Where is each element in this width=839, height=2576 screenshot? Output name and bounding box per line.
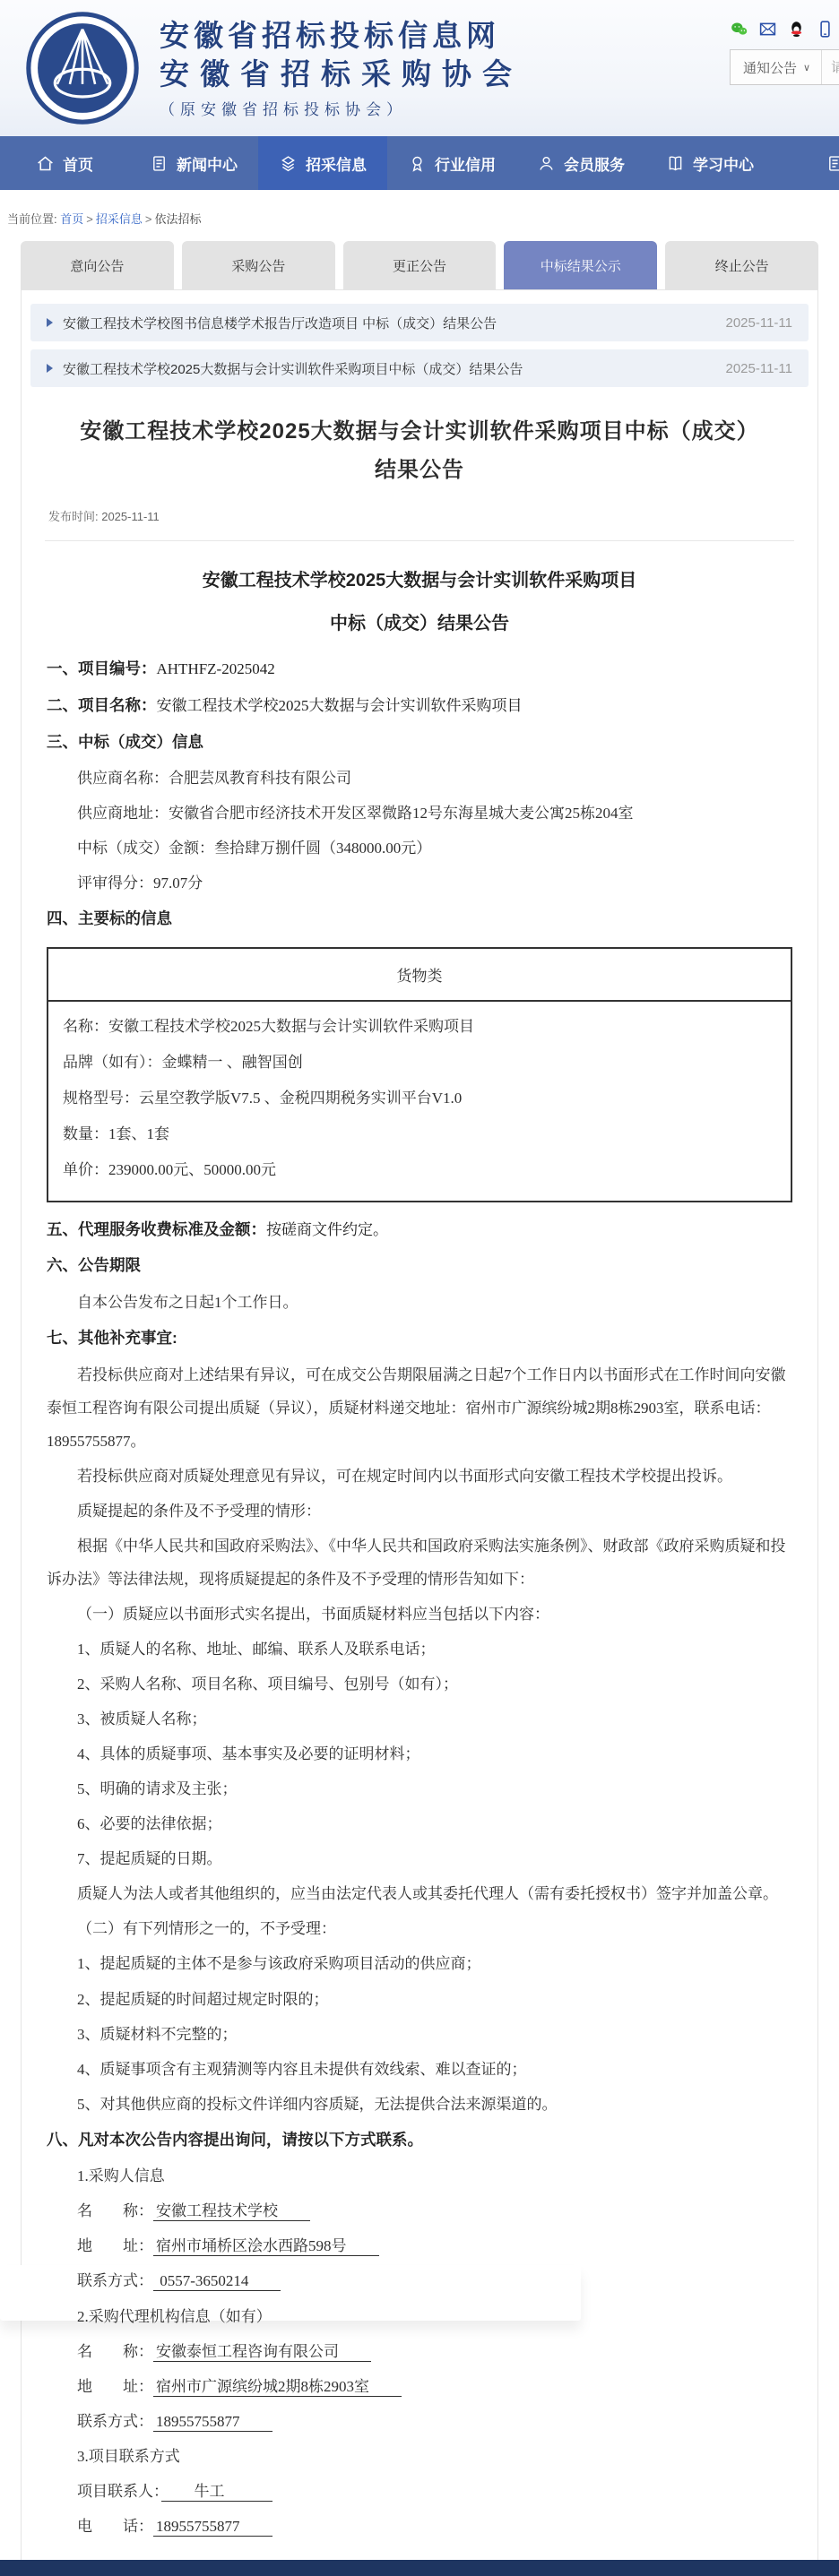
doc-section-heading: 四、主要标的信息 bbox=[47, 902, 792, 936]
doc-paragraph: 中标（成交）金额：叁拾肆万捌仟圆（348000.00元） bbox=[47, 831, 792, 865]
nav-item-label: 行业信用 bbox=[435, 152, 496, 175]
news-icon bbox=[826, 154, 839, 173]
tab-bar: 意向公告采购公告更正公告中标结果公示终止公告 bbox=[0, 241, 839, 289]
contact-value: 安徽工程技术学校 bbox=[153, 2202, 310, 2221]
doc-section-heading: 一、项目编号：AHTHFZ-2025042 bbox=[47, 652, 792, 686]
caret-right-icon bbox=[47, 364, 53, 373]
doc-paragraph: 4、质疑事项含有主观猜测等内容且未提供有效线索、难以查证的； bbox=[47, 2053, 792, 2086]
book-icon bbox=[666, 154, 685, 173]
contact-label: 地 址： bbox=[77, 2237, 153, 2254]
breadcrumb: 当前位置: 首页>招采信息>依法招标 bbox=[0, 190, 839, 241]
doc-paragraph: 自本公告发布之日起1个工作日。 bbox=[47, 1286, 792, 1319]
doc-paragraph: 4、具体的质疑事项、基本事实及必要的证明材料； bbox=[47, 1737, 792, 1770]
site-header: 安徽省招标投标信息网 安徽省招标采购协会 （原安徽省招标投标协会） 通知公告 ∨ bbox=[0, 0, 839, 136]
doc-paragraph: 1、质疑人的名称、地址、邮编、联系人及联系电话； bbox=[47, 1633, 792, 1666]
search-category-label: 通知公告 bbox=[743, 58, 797, 77]
tab-termination[interactable]: 终止公告 bbox=[665, 241, 818, 289]
announcement-date: 2025-11-11 bbox=[725, 315, 792, 331]
contact-line: 电 话：18955755877 bbox=[47, 2510, 792, 2543]
site-logo-block: 安徽省招标投标信息网 安徽省招标采购协会 （原安徽省招标投标协会） bbox=[25, 11, 523, 125]
doc-paragraph: 供应商地址：安徽省合肥市经济技术开发区翠微路12号东海星城大麦公寓25栋204室 bbox=[47, 797, 792, 830]
doc-heading-label: 三、中标（成交）信息 bbox=[47, 733, 203, 751]
contact-value: 宿州市广源缤纷城2期8栋2903室 bbox=[153, 2378, 402, 2397]
doc-paragraph: 3、质疑材料不完整的； bbox=[47, 2018, 792, 2051]
nav-item-label: 新闻中心 bbox=[177, 152, 238, 175]
doc-section-heading: 三、中标（成交）信息 bbox=[47, 726, 792, 760]
publish-date: 发布时间: 2025-11-11 bbox=[22, 491, 817, 540]
doc-paragraph: 7、提起质疑的日期。 bbox=[47, 1842, 792, 1875]
announcement-title: 安徽工程技术学校2025大数据与会计实训软件采购项目中标（成交）结果公告 bbox=[63, 359, 713, 378]
contact-label: 联系方式： bbox=[77, 2272, 153, 2289]
doc-table: 货物类名称：安徽工程技术学校2025大数据与会计实训软件采购项目品牌（如有）：金… bbox=[47, 947, 792, 1202]
divider bbox=[45, 540, 794, 541]
chevron-down-icon: ∨ bbox=[803, 62, 810, 73]
doc-heading-value: 按磋商文件约定。 bbox=[266, 1221, 388, 1238]
doc-paragraph: 2、采购人名称、项目名称、项目编号、包别号（如有）； bbox=[47, 1667, 792, 1701]
doc-section-heading: 二、项目名称：安徽工程技术学校2025大数据与会计实训软件采购项目 bbox=[47, 689, 792, 723]
doc-paragraph: 2.采购代理机构信息（如有） bbox=[47, 2300, 792, 2333]
doc-section-heading: 七、其他补充事宜: bbox=[47, 1322, 792, 1356]
doc-paragraph: 若投标供应商对质疑处理意见有异议，可在规定时间内以书面形式向安徽工程技术学校提出… bbox=[47, 1460, 792, 1493]
doc-paragraph: 2、提起质疑的时间超过规定时限的； bbox=[47, 1983, 792, 2016]
nav-item-home[interactable]: 首页 bbox=[0, 136, 129, 190]
nav-item-label: 首页 bbox=[63, 152, 93, 175]
nav-item-news-center[interactable]: 新闻中心 bbox=[129, 136, 258, 190]
nav-item-label: 会员服务 bbox=[564, 152, 625, 175]
nav-item-procurement-info[interactable]: 招采信息 bbox=[258, 136, 387, 190]
doc-section-heading: 六、公告期限 bbox=[47, 1249, 792, 1283]
quick-icons bbox=[633, 20, 839, 39]
doc-paragraph: 1、提起质疑的主体不是参与该政府采购项目活动的供应商； bbox=[47, 1947, 792, 1980]
header-right: 通知公告 ∨ bbox=[633, 20, 839, 85]
doc-paragraph: 质疑人为法人或者其他组织的，应当由法定代表人或其委托代理人（需有委托授权书）签字… bbox=[47, 1877, 792, 1910]
caret-right-icon bbox=[47, 318, 53, 327]
doc-section-heading: 五、代理服务收费标准及金额：按磋商文件约定。 bbox=[47, 1213, 792, 1247]
page-footer bbox=[0, 2560, 839, 2576]
home-icon bbox=[36, 154, 55, 173]
contact-line: 名 称：安徽泰恒工程咨询有限公司 bbox=[47, 2335, 792, 2368]
contact-value: 18955755877 bbox=[153, 2518, 272, 2537]
contact-line: 项目联系人： 牛工 bbox=[47, 2475, 792, 2508]
mail-icon[interactable] bbox=[758, 20, 777, 39]
qq-icon[interactable] bbox=[787, 20, 806, 39]
doc-heading-label: 二、项目名称： bbox=[47, 696, 157, 714]
nav-item-label: 招采信息 bbox=[306, 152, 367, 175]
contact-value: 18955755877 bbox=[153, 2413, 272, 2432]
doc-heading-label: 八、凡对本次公告内容提出询问，请按以下方式联系。 bbox=[47, 2131, 423, 2149]
breadcrumb-separator: > bbox=[145, 212, 152, 226]
content-card: 安徽工程技术学校图书信息楼学术报告厅改造项目 中标（成交）结果公告2025-11… bbox=[21, 289, 818, 2576]
breadcrumb-prefix: 当前位置: bbox=[7, 212, 57, 226]
search-category-select[interactable]: 通知公告 ∨ bbox=[731, 50, 822, 84]
doc-paragraph: 根据《中华人民共和国政府采购法》、《中华人民共和国政府采购法实施条例》、财政部《… bbox=[47, 1529, 792, 1596]
breadcrumb-separator: > bbox=[86, 212, 93, 226]
announcement-list: 安徽工程技术学校图书信息楼学术报告厅改造项目 中标（成交）结果公告2025-11… bbox=[22, 290, 817, 387]
contact-label: 联系方式： bbox=[77, 2413, 153, 2430]
doc-paragraph: 1.采购人信息 bbox=[47, 2159, 792, 2193]
contact-label: 名 称： bbox=[77, 2202, 153, 2219]
doc-paragraph: 若投标供应商对上述结果有异议，可在成交公告期限届满之日起7个工作日内以书面形式在… bbox=[47, 1358, 792, 1458]
tab-result[interactable]: 中标结果公示 bbox=[504, 241, 657, 289]
site-title-line3: （原安徽省招标投标协会） bbox=[160, 97, 523, 119]
main-nav: 首页新闻中心招采信息行业信用会员服务学习中心 bbox=[0, 136, 839, 190]
contact-line: 联系方式： 0557-3650214 bbox=[47, 2264, 792, 2297]
doc-heading-value: 安徽工程技术学校2025大数据与会计实训软件采购项目 bbox=[157, 697, 523, 714]
doc-paragraph: 3、被质疑人名称； bbox=[47, 1702, 792, 1736]
contact-value: 宿州市埇桥区浍水西路598号 bbox=[153, 2237, 379, 2256]
doc-paragraph: 供应商名称：合肥芸凤教育科技有限公司 bbox=[47, 762, 792, 795]
announcement-row[interactable]: 安徽工程技术学校2025大数据与会计实训软件采购项目中标（成交）结果公告2025… bbox=[30, 349, 809, 387]
announcement-row[interactable]: 安徽工程技术学校图书信息楼学术报告厅改造项目 中标（成交）结果公告2025-11… bbox=[30, 304, 809, 341]
doc-table-row: 单价：239000.00元、50000.00元 bbox=[63, 1152, 776, 1188]
tab-procurement[interactable]: 采购公告 bbox=[182, 241, 335, 289]
doc-heading-label: 六、公告期限 bbox=[47, 1256, 141, 1274]
contact-label: 名 称： bbox=[77, 2343, 153, 2360]
nav-item-label: 学习中心 bbox=[693, 152, 754, 175]
doc-center-title: 中标（成交）结果公告 bbox=[47, 609, 792, 638]
breadcrumb-item[interactable]: 招采信息 bbox=[96, 212, 143, 226]
site-title-line1: 安徽省招标投标信息网 bbox=[160, 17, 523, 56]
contact-label: 项目联系人： bbox=[77, 2483, 161, 2500]
doc-table-row: 品牌（如有）：金蝶精一 、融智国创 bbox=[63, 1045, 776, 1081]
nav-item-study-center[interactable]: 学习中心 bbox=[645, 136, 774, 190]
doc-heading-label: 五、代理服务收费标准及金额： bbox=[47, 1220, 266, 1238]
tab-correction[interactable]: 更正公告 bbox=[343, 241, 497, 289]
contact-label: 电 话： bbox=[77, 2518, 153, 2535]
person-icon bbox=[537, 154, 556, 173]
site-logo-emblem-icon bbox=[25, 11, 140, 125]
breadcrumb-item: 依法招标 bbox=[154, 212, 201, 226]
doc-table-row: 名称：安徽工程技术学校2025大数据与会计实训软件采购项目 bbox=[63, 1009, 776, 1045]
document-body: 安徽工程技术学校2025大数据与会计实训软件采购项目中标（成交）结果公告一、项目… bbox=[22, 566, 817, 2542]
doc-paragraph: 3.项目联系方式 bbox=[47, 2440, 792, 2473]
doc-paragraph: （二）有下列情形之一的，不予受理： bbox=[47, 1912, 792, 1945]
announcement-title: 安徽工程技术学校图书信息楼学术报告厅改造项目 中标（成交）结果公告 bbox=[63, 314, 713, 332]
contact-line: 地 址：宿州市广源缤纷城2期8栋2903室 bbox=[47, 2370, 792, 2403]
doc-paragraph: 评审得分：97.07分 bbox=[47, 866, 792, 900]
doc-center-title: 安徽工程技术学校2025大数据与会计实训软件采购项目 bbox=[47, 566, 792, 595]
doc-heading-label: 一、项目编号： bbox=[47, 659, 157, 677]
search-input[interactable] bbox=[822, 50, 839, 84]
search-box: 通知公告 ∨ bbox=[730, 49, 839, 85]
doc-paragraph: 质疑提起的条件及不予受理的情形： bbox=[47, 1495, 792, 1528]
doc-paragraph: 6、必要的法律依据； bbox=[47, 1807, 792, 1840]
doc-paragraph: 5、明确的请求及主张； bbox=[47, 1772, 792, 1805]
mobile-icon[interactable] bbox=[816, 20, 835, 39]
site-title-line2: 安徽省招标采购协会 bbox=[160, 56, 523, 92]
contact-value: 0557-3650214 bbox=[153, 2272, 281, 2291]
doc-section-heading: 八、凡对本次公告内容提出询问，请按以下方式联系。 bbox=[47, 2124, 792, 2158]
page-title: 安徽工程技术学校2025大数据与会计实训软件采购项目中标（成交）结果公告 bbox=[75, 412, 764, 489]
nav-item-industry-credit[interactable]: 行业信用 bbox=[387, 136, 516, 190]
nav-item-clipped[interactable] bbox=[774, 136, 839, 190]
contact-line: 联系方式：18955755877 bbox=[47, 2405, 792, 2438]
doc-table-row: 数量：1套、1套 bbox=[63, 1116, 776, 1152]
doc-table-body: 名称：安徽工程技术学校2025大数据与会计实训软件采购项目品牌（如有）：金蝶精一… bbox=[48, 1002, 791, 1201]
medal-icon bbox=[408, 154, 427, 173]
wechat-icon[interactable] bbox=[730, 20, 748, 39]
tab-intent[interactable]: 意向公告 bbox=[21, 241, 174, 289]
contact-line: 地 址：宿州市埇桥区浍水西路598号 bbox=[47, 2229, 792, 2262]
layers-icon bbox=[279, 154, 298, 173]
contact-line: 名 称：安徽工程技术学校 bbox=[47, 2194, 792, 2227]
contact-value: 安徽泰恒工程咨询有限公司 bbox=[153, 2343, 371, 2362]
doc-paragraph: 5、对其他供应商的投标文件详细内容质疑，无法提供合法来源渠道的。 bbox=[47, 2088, 792, 2121]
doc-table-header: 货物类 bbox=[48, 949, 791, 1002]
nav-item-member-service[interactable]: 会员服务 bbox=[516, 136, 645, 190]
announcement-date: 2025-11-11 bbox=[725, 361, 792, 376]
doc-heading-value: AHTHFZ-2025042 bbox=[157, 660, 275, 677]
doc-heading-label: 七、其他补充事宜: bbox=[47, 1329, 177, 1347]
breadcrumb-item[interactable]: 首页 bbox=[60, 212, 83, 226]
contact-label: 地 址： bbox=[77, 2378, 153, 2395]
contact-value: 牛工 bbox=[161, 2483, 272, 2502]
doc-table-row: 规格型号：云星空教学版V7.5 、金税四期税务实训平台V1.0 bbox=[63, 1081, 776, 1116]
doc-paragraph: （一）质疑应以书面形式实名提出，书面质疑材料应当包括以下内容： bbox=[47, 1598, 792, 1631]
page: 安徽省招标投标信息网 安徽省招标采购协会 （原安徽省招标投标协会） 通知公告 ∨… bbox=[0, 0, 839, 2576]
doc-heading-label: 四、主要标的信息 bbox=[47, 909, 172, 927]
news-icon bbox=[150, 154, 169, 173]
